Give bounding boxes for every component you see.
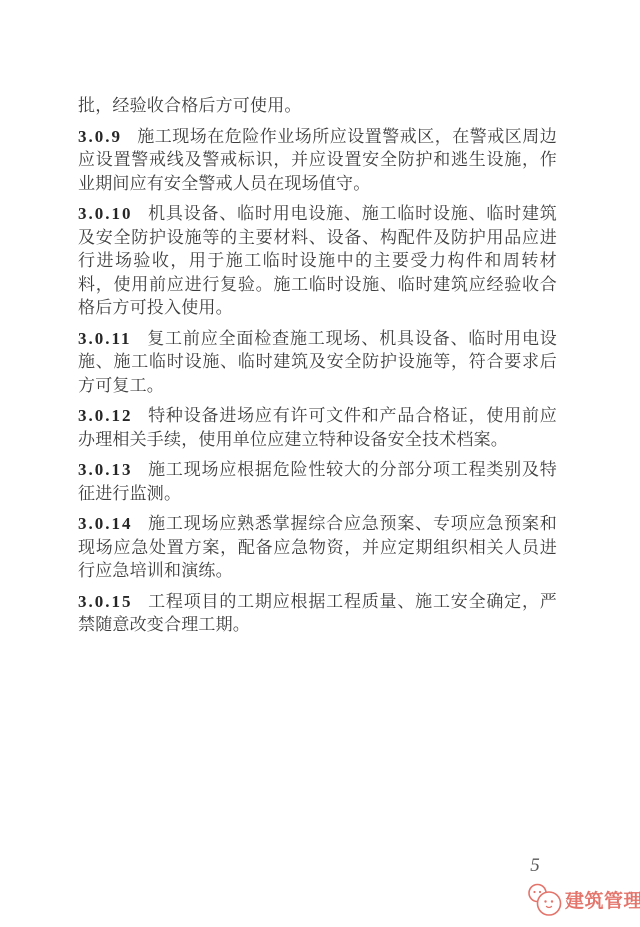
clause-number: 3.0.11	[78, 329, 132, 348]
clause-3-0-12: 3.0.12特种设备进场应有许可文件和产品合格证，使用前应办理相关手续，使用单位…	[78, 404, 557, 451]
page-number: 5	[520, 855, 550, 877]
mascot-bubbles-icon	[526, 882, 563, 917]
clause-number: 3.0.12	[78, 406, 133, 425]
document-body: 批，经验收合格后方可使用。 3.0.9施工现场在危险作业场所应设置警戒区，在警戒…	[78, 94, 557, 644]
clause-text: 复工前应全面检查施工现场、机具设备、临时用电设施、施工临时设施、临时建筑及安全防…	[78, 329, 557, 395]
clause-3-0-15: 3.0.15工程项目的工期应根据工程质量、施工安全确定，严禁随意改变合理工期。	[78, 590, 557, 637]
clause-number: 3.0.10	[78, 204, 133, 223]
clause-number: 3.0.13	[78, 460, 133, 479]
brand-name: 建筑管理	[565, 886, 640, 913]
clause-3-0-13: 3.0.13施工现场应根据危险性较大的分部分项工程类别及特征进行监测。	[78, 458, 557, 505]
paragraph-continuation: 批，经验收合格后方可使用。	[78, 94, 557, 118]
clause-3-0-14: 3.0.14施工现场应熟悉掌握综合应急预案、专项应急预案和现场应急处置方案，配备…	[78, 512, 557, 583]
clause-text: 工程项目的工期应根据工程质量、施工安全确定，严禁随意改变合理工期。	[78, 592, 557, 635]
clause-text: 施工现场在危险作业场所应设置警戒区，在警戒区周边应设置警戒线及警戒标识，并应设置…	[78, 127, 557, 193]
brand-watermark: 建筑管理	[526, 882, 640, 917]
clause-3-0-11: 3.0.11复工前应全面检查施工现场、机具设备、临时用电设施、施工临时设施、临时…	[78, 327, 557, 398]
clause-text: 施工现场应熟悉掌握综合应急预案、专项应急预案和现场应急处置方案，配备应急物资，并…	[78, 514, 557, 580]
clause-number: 3.0.15	[78, 592, 133, 611]
clause-number: 3.0.14	[78, 514, 133, 533]
clause-text: 特种设备进场应有许可文件和产品合格证，使用前应办理相关手续，使用单位应建立特种设…	[78, 406, 557, 449]
document-page: { "theme": { "background": "#ffffff", "t…	[0, 0, 640, 927]
clause-number: 3.0.9	[78, 127, 122, 146]
clause-3-0-10: 3.0.10机具设备、临时用电设施、施工临时设施、临时建筑及安全防护设施等的主要…	[78, 202, 557, 320]
clause-text: 机具设备、临时用电设施、施工临时设施、临时建筑及安全防护设施等的主要材料、设备、…	[78, 204, 557, 317]
clause-text: 施工现场应根据危险性较大的分部分项工程类别及特征进行监测。	[78, 460, 557, 503]
clause-3-0-9: 3.0.9施工现场在危险作业场所应设置警戒区，在警戒区周边应设置警戒线及警戒标识…	[78, 125, 557, 196]
